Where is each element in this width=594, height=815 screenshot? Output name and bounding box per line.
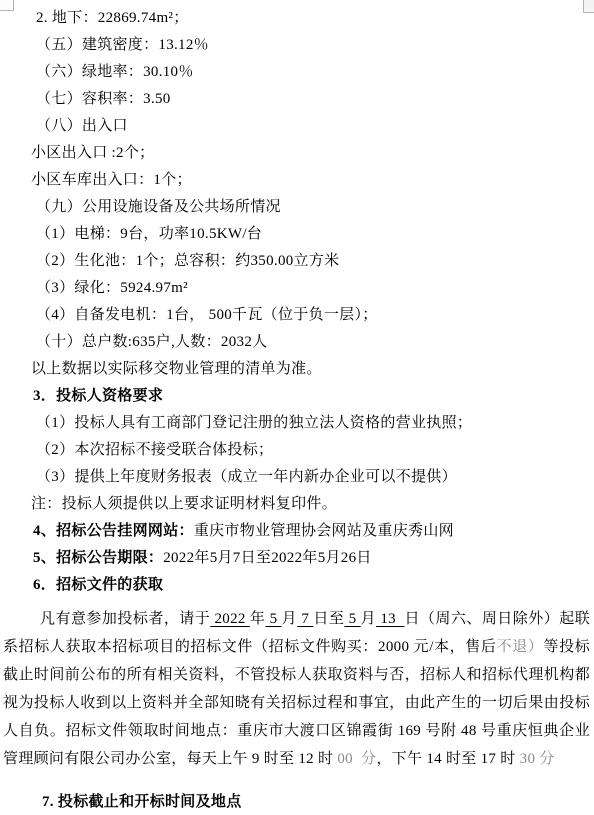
muted-minutes-afternoon: 30 分 [520,751,555,767]
line-data-disclaimer: 以上数据以实际移交物业管理的清单为准。 [31,356,590,383]
line-greening-area: （3）绿化：5924.97m² [36,275,590,302]
line-qualification-1: （1）投标人具有工商部门登记注册的独立法人资格的营业执照； [36,410,590,437]
line-community-entrances: 小区出入口 :2个； [31,140,590,167]
body-text: 月 [361,611,376,627]
line-garage-entrances: 小区车库出入口：1个； [31,167,590,194]
heading-document-acquisition: 6．招标文件的获取 [33,572,590,599]
line-qualification-note: 注：投标人须提供以上要求证明材料复印件。 [31,491,590,518]
announcement-websites-label: 4、招标公告挂网网站： [33,523,194,539]
body-text: 日至 [313,611,344,627]
announcement-period-value: 2022年5月7日至2022年5月26日 [163,550,372,566]
line-qualification-2: （2）本次招标不接受联合体投标； [36,437,590,464]
heading-bid-deadline-opening: 7. 投标截止和开标时间及地点 [42,788,590,815]
body-text: 凡有意参加投标者，请于 [40,611,210,627]
body-text: 年 [250,611,265,627]
announcement-period-label: 5、招标公告期限： [33,550,163,566]
line-entrances-heading: （八）出入口 [36,113,590,140]
line-elevators: （1）电梯：9台，功率10.5KW/台 [36,221,590,248]
document-page: 2. 地下：22869.74m²； （五）建筑密度：13.12％ （六）绿地率：… [0,0,594,815]
underlined-month-end: 5 [344,611,360,627]
line-announcement-websites: 4、招标公告挂网网站：重庆市物业管理协会网站及重庆秀山网 [33,518,590,545]
body-text: 月 [282,611,297,627]
line-qualification-3: （3）提供上年度财务报表（成立一年内新办企业可以不提供） [36,464,590,491]
underlined-month-start: 5 [265,611,281,627]
line-greening-rate: （六）绿地率：30.10％ [36,59,590,86]
heading-bidder-qualifications: 3．投标人资格要求 [33,383,590,410]
line-public-facilities-heading: （九）公用设施设备及公共场所情况 [36,194,590,221]
paragraph-document-acquisition-body: 凡有意参加投标者，请于 2022 年 5 月 7 日至 5 月 13 日（周六、… [3,605,590,773]
line-plot-ratio: （七）容积率：3.50 [36,86,590,113]
muted-minutes-morning: 00 分 [333,751,376,767]
line-septic-tank: （2）生化池：1个；总容积：约350.00立方米 [36,248,590,275]
underlined-year: 2022 [210,611,250,627]
line-announcement-period: 5、招标公告期限：2022年5月7日至2022年5月26日 [33,545,590,572]
line-building-density: （五）建筑密度：13.12％ [36,32,590,59]
muted-no-refund: 不退） [497,639,544,655]
body-text: ，下午 14 时至 17 时 [376,751,519,767]
line-generator: （4）自备发电机：1台， 500千瓦（位于负一层）； [36,302,590,329]
line-underground-area: 2. 地下：22869.74m²； [36,5,590,32]
underlined-day-start: 7 [297,611,313,627]
line-households: （十）总户数:635户,人数：2032人 [36,329,590,356]
body-text: 等投标截止时间前公布的所有相关资料，不管投标人获取资料与否，招标人和招标代理机构… [3,639,590,767]
underlined-day-end: 13 [376,611,404,627]
announcement-websites-value: 重庆市物业管理协会网站及重庆秀山网 [194,523,454,539]
